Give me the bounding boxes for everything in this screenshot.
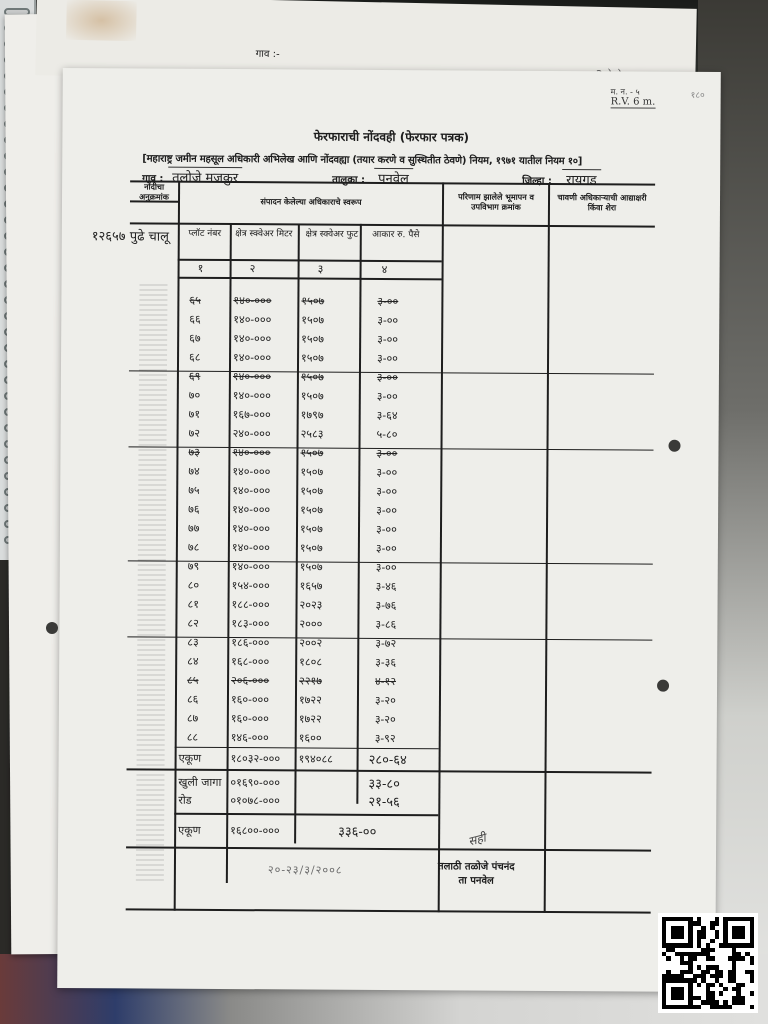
qr-code bbox=[658, 913, 758, 1013]
document-subtitle: [महाराष्ट्र जमीन महसूल अधिकारी अभिलेख आण… bbox=[142, 150, 582, 167]
akar-value: ३-६४ bbox=[377, 408, 398, 423]
header-rights-nature: संपादन केलेल्या अधिकाराचे स्वरूप bbox=[180, 197, 442, 209]
plot-number: ६८ bbox=[189, 350, 201, 365]
akar-value: ३-०० bbox=[377, 294, 398, 309]
ferfar-patrak-page: म. न. - ५ R.V. 6 m. १८० फेरफाराची नोंदवह… bbox=[57, 68, 721, 992]
corner-mark: १८० bbox=[691, 88, 705, 101]
area-sqm: १४०-००० bbox=[232, 464, 270, 479]
area-sqft: १५०७ bbox=[300, 502, 323, 517]
area-sqft: १५०७ bbox=[301, 293, 324, 308]
akar-value: ३-०० bbox=[376, 541, 397, 556]
mutation-table: नोंदीचा अनुक्रमांक संपादन केलेल्या अधिका… bbox=[126, 180, 655, 913]
area-sqm: १६०-००० bbox=[231, 692, 269, 707]
table-bottom bbox=[126, 908, 651, 913]
akar-value: ३-०० bbox=[376, 503, 397, 518]
divider bbox=[127, 768, 652, 773]
area-sqm: १५४-००० bbox=[232, 578, 270, 593]
akar-value: ५-८० bbox=[377, 427, 398, 442]
area-sqm: १६८-००० bbox=[231, 654, 269, 669]
plot-number: ७८ bbox=[188, 540, 200, 555]
area-sqft: १५०७ bbox=[301, 388, 324, 403]
area-sqm: १४६-००० bbox=[231, 730, 269, 745]
area-sqm: १८३-००० bbox=[231, 616, 269, 631]
header-officer-orders: चावणी अधिकाऱ्याची आद्याक्षरी किंवा शेरा bbox=[550, 193, 654, 214]
village-label-back: गाव :- bbox=[256, 46, 280, 60]
area-sqm: १६७-००० bbox=[233, 407, 271, 422]
area-sqft: १५०७ bbox=[300, 483, 323, 498]
area-sqft: १८०८ bbox=[299, 654, 322, 669]
area-sqm: १४०-००० bbox=[233, 312, 271, 327]
divider bbox=[178, 259, 442, 263]
area-sqft: १५०७ bbox=[301, 312, 324, 327]
plot-number: ८४ bbox=[187, 654, 199, 669]
document-title: फेरफाराची नोंदवही (फेरफार पत्रक) bbox=[62, 126, 720, 147]
header-entry-no: नोंदीचा अनुक्रमांक bbox=[130, 182, 178, 202]
akar-value: ३-०० bbox=[377, 313, 398, 328]
sub-header: आकार रु. पैसे bbox=[366, 230, 426, 240]
stamp-line-2: ता पनवेल bbox=[438, 874, 515, 888]
subtotal-akar: २८०-६४ bbox=[369, 750, 407, 768]
punch-hole bbox=[46, 622, 58, 634]
extra-row-akar: ३३-८० bbox=[368, 774, 400, 792]
akar-value: ३-०० bbox=[377, 351, 398, 366]
area-sqft: १६५७ bbox=[300, 578, 323, 593]
area-sqft: २०२३ bbox=[299, 597, 322, 612]
paper-stain bbox=[66, 0, 137, 41]
plot-number: ७१ bbox=[189, 407, 201, 422]
column-number: १ bbox=[198, 261, 204, 276]
area-sqm: १४०-००० bbox=[233, 293, 271, 308]
sub-header: क्षेत्र स्क्वेअर फुट bbox=[302, 229, 362, 239]
area-sqm: २०६-००० bbox=[231, 673, 269, 688]
akar-value: ३-३६ bbox=[375, 655, 396, 670]
akar-value: ३-७६ bbox=[375, 598, 396, 613]
akar-value: ३-०० bbox=[377, 389, 398, 404]
plot-number: ८१ bbox=[187, 597, 199, 612]
plot-number: ७४ bbox=[188, 464, 200, 479]
akar-value: ३-०० bbox=[377, 332, 398, 347]
area-sqft: २५८३ bbox=[301, 426, 324, 441]
extra-row-label: रोड bbox=[178, 793, 191, 808]
plot-number: ७७ bbox=[188, 521, 200, 536]
form-code: म. न. - ५ R.V. 6 m. bbox=[611, 87, 656, 108]
plot-number: ६७ bbox=[189, 331, 201, 346]
subtotal-sqm: १८०३२-००० bbox=[231, 751, 281, 766]
area-sqm: १८८-००० bbox=[231, 597, 269, 612]
entry-number: १२६५७ पुढे चालू bbox=[92, 228, 178, 247]
area-sqm: १४०-००० bbox=[232, 521, 270, 536]
akar-value: ३-०० bbox=[376, 522, 397, 537]
area-sqft: १७९७ bbox=[301, 407, 324, 422]
divider bbox=[174, 813, 438, 817]
akar-value: ४-१२ bbox=[375, 674, 396, 689]
column-number: ३ bbox=[318, 262, 324, 277]
plot-number: ७५ bbox=[188, 483, 200, 498]
area-sqft: १५०७ bbox=[300, 540, 323, 555]
extra-row-sqm: ०१६९०-००० bbox=[230, 775, 280, 790]
grand-total-label: एकूण bbox=[178, 823, 201, 838]
akar-value: ३-२० bbox=[375, 693, 396, 708]
akar-value: ३-४६ bbox=[376, 579, 397, 594]
area-sqft: १५०७ bbox=[301, 331, 324, 346]
talathi-stamp: तलाठी तळोजे पंचनंद ता पनवेल bbox=[438, 860, 515, 888]
date-stamp: २०-२३/३/२००८ bbox=[268, 862, 343, 877]
area-sqft: २००० bbox=[299, 616, 322, 631]
column-number: २ bbox=[250, 261, 256, 276]
area-sqm: १४०-००० bbox=[232, 540, 270, 555]
akar-value: ३-९२ bbox=[375, 731, 396, 746]
akar-value: ३-०० bbox=[376, 465, 397, 480]
plot-number: ८५ bbox=[187, 673, 199, 688]
akar-value: ३-०० bbox=[376, 484, 397, 499]
subtotal-label: एकूण bbox=[179, 751, 202, 766]
grand-total-akar: ३३६-०० bbox=[338, 822, 376, 840]
area-sqm: १६०-००० bbox=[231, 711, 269, 726]
extra-row-akar: २१-५६ bbox=[368, 792, 400, 810]
area-sqft: १७२२ bbox=[299, 692, 322, 707]
area-sqft: १५०७ bbox=[300, 521, 323, 536]
area-sqm: १४०-००० bbox=[233, 331, 271, 346]
grand-total-sqm: १६८००-००० bbox=[230, 823, 280, 838]
form-code-value: R.V. 6 m. bbox=[611, 97, 656, 108]
stamp-line-1: तलाठी तळोजे पंचनंद bbox=[438, 860, 515, 874]
area-sqm: १४०-००० bbox=[232, 483, 270, 498]
plot-number: ८२ bbox=[187, 616, 199, 631]
area-sqft: १७२२ bbox=[299, 711, 322, 726]
plot-number: ७२ bbox=[189, 426, 201, 441]
punch-hole bbox=[668, 440, 680, 452]
plot-number: ७६ bbox=[188, 502, 200, 517]
akar-value: ३-२० bbox=[375, 712, 396, 727]
plot-number: ८८ bbox=[187, 730, 199, 745]
extra-row-label: खुली जागा bbox=[178, 775, 221, 790]
sub-header: क्षेत्र स्क्वेअर मिटर bbox=[234, 229, 294, 239]
plot-number: ८६ bbox=[187, 692, 199, 707]
punch-hole bbox=[657, 680, 669, 692]
plot-number: ७० bbox=[189, 388, 201, 403]
area-sqft: १५०७ bbox=[300, 464, 323, 479]
area-sqm: १४०-००० bbox=[233, 350, 271, 365]
plot-number: ८० bbox=[188, 578, 200, 593]
sub-header: प्लॉट नंबर bbox=[182, 229, 228, 239]
akar-value: ३-८६ bbox=[375, 617, 396, 632]
extra-row-sqm: ०१०७८-००० bbox=[230, 793, 280, 808]
area-sqft: २२१७ bbox=[299, 673, 322, 688]
divider bbox=[178, 277, 442, 281]
divider bbox=[126, 846, 651, 851]
area-sqm: १४०-००० bbox=[232, 502, 270, 517]
plot-number: ६६ bbox=[189, 312, 201, 327]
area-sqft: १६०० bbox=[299, 730, 322, 745]
header-survey-no: परिणाम झालेले भूमापन व उपविभाग क्रमांक bbox=[444, 192, 548, 213]
area-sqft: १५०७ bbox=[301, 350, 324, 365]
divider bbox=[175, 747, 439, 750]
column-number: ४ bbox=[382, 262, 388, 277]
area-sqm: २४०-००० bbox=[233, 426, 271, 441]
plot-number: ८७ bbox=[187, 711, 199, 726]
area-sqm: १४०-००० bbox=[233, 388, 271, 403]
subtotal-sqft: १९४०८८ bbox=[299, 751, 333, 766]
plot-number: ६५ bbox=[189, 293, 201, 308]
